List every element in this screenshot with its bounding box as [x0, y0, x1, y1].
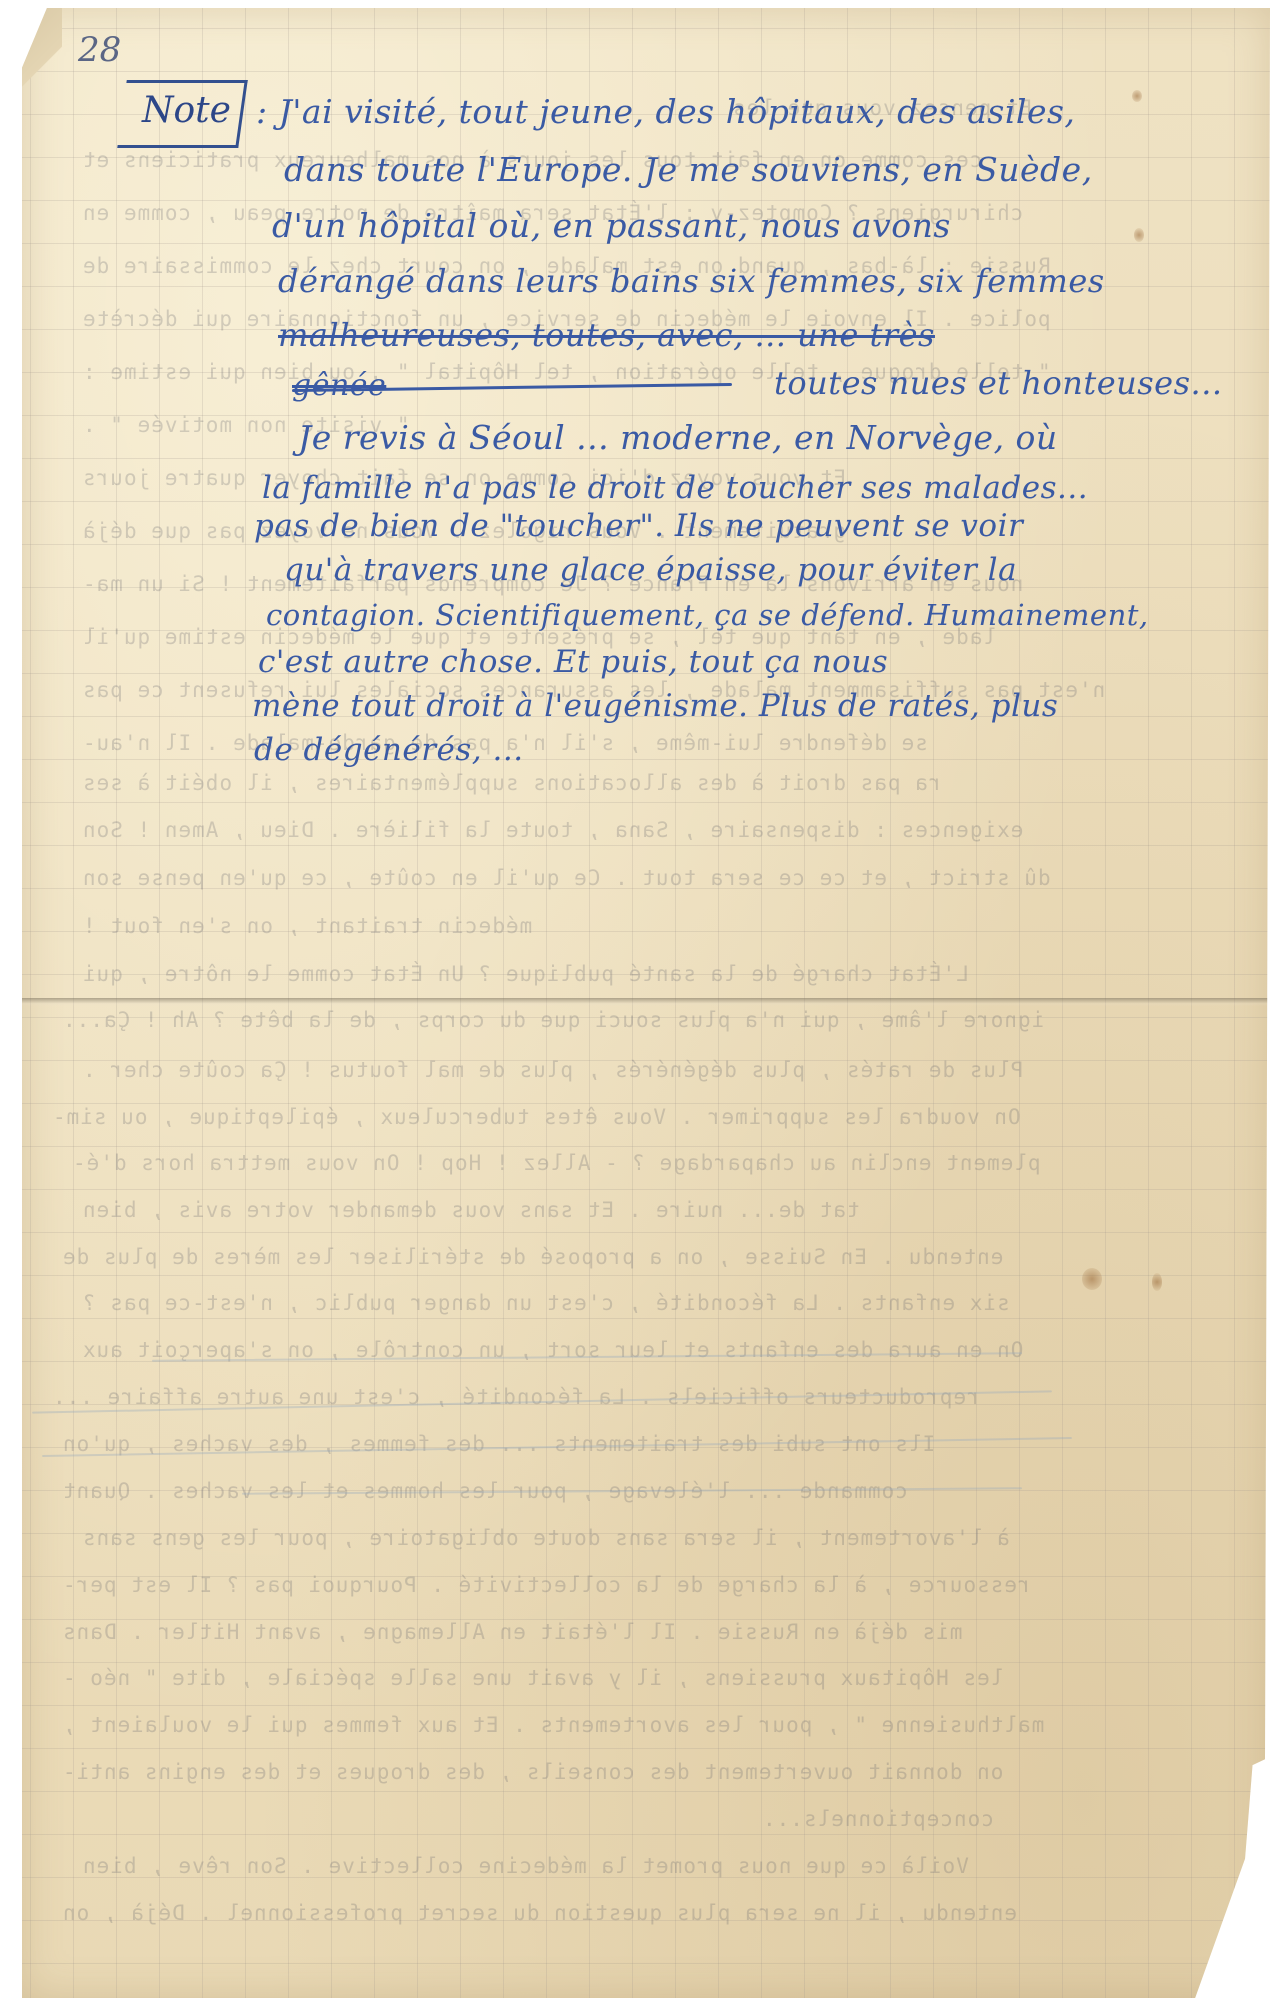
handwritten-line: toutes nues et honteuses...: [774, 364, 1223, 402]
handwritten-line: contagion. Scientifiquement, ça se défen…: [266, 598, 1149, 632]
handwritten-line: qu'à travers une glace épaisse, pour évi…: [284, 552, 1017, 588]
handwritten-line: la famille n'a pas le droit de toucher s…: [262, 470, 1088, 506]
handwritten-line: dérangé dans leurs bains six femmes, six…: [278, 262, 1105, 300]
handwritten-line: Je revis à Séoul ... moderne, en Norvège…: [298, 418, 1058, 457]
handwritten-line: mène tout droit à l'eugénisme. Plus de r…: [252, 688, 1058, 724]
struck-handwritten-line: gênée: [292, 368, 386, 403]
handwritten-note: Note : J'ai visité, tout jeune, des hôpi…: [22, 8, 1270, 1998]
handwritten-line: : J'ai visité, tout jeune, des hôpitaux,…: [256, 92, 1075, 131]
manuscript-page: Et pensez vous que les ces comme on en f…: [22, 8, 1270, 1998]
handwritten-line: d'un hôpital où, en passant, nous avons: [272, 206, 951, 245]
struck-handwritten-line: malheureuses, toutes, avec, ... une très: [278, 316, 935, 354]
handwritten-line: dans toute l'Europe. Je me souviens, en …: [284, 150, 1093, 189]
handwritten-line: c'est autre chose. Et puis, tout ça nous: [258, 644, 888, 680]
note-label: Note: [142, 90, 231, 131]
handwritten-line: de dégénérés, ...: [254, 732, 524, 768]
handwritten-line: pas de bien de "toucher". Ils ne peuvent…: [254, 508, 1023, 544]
